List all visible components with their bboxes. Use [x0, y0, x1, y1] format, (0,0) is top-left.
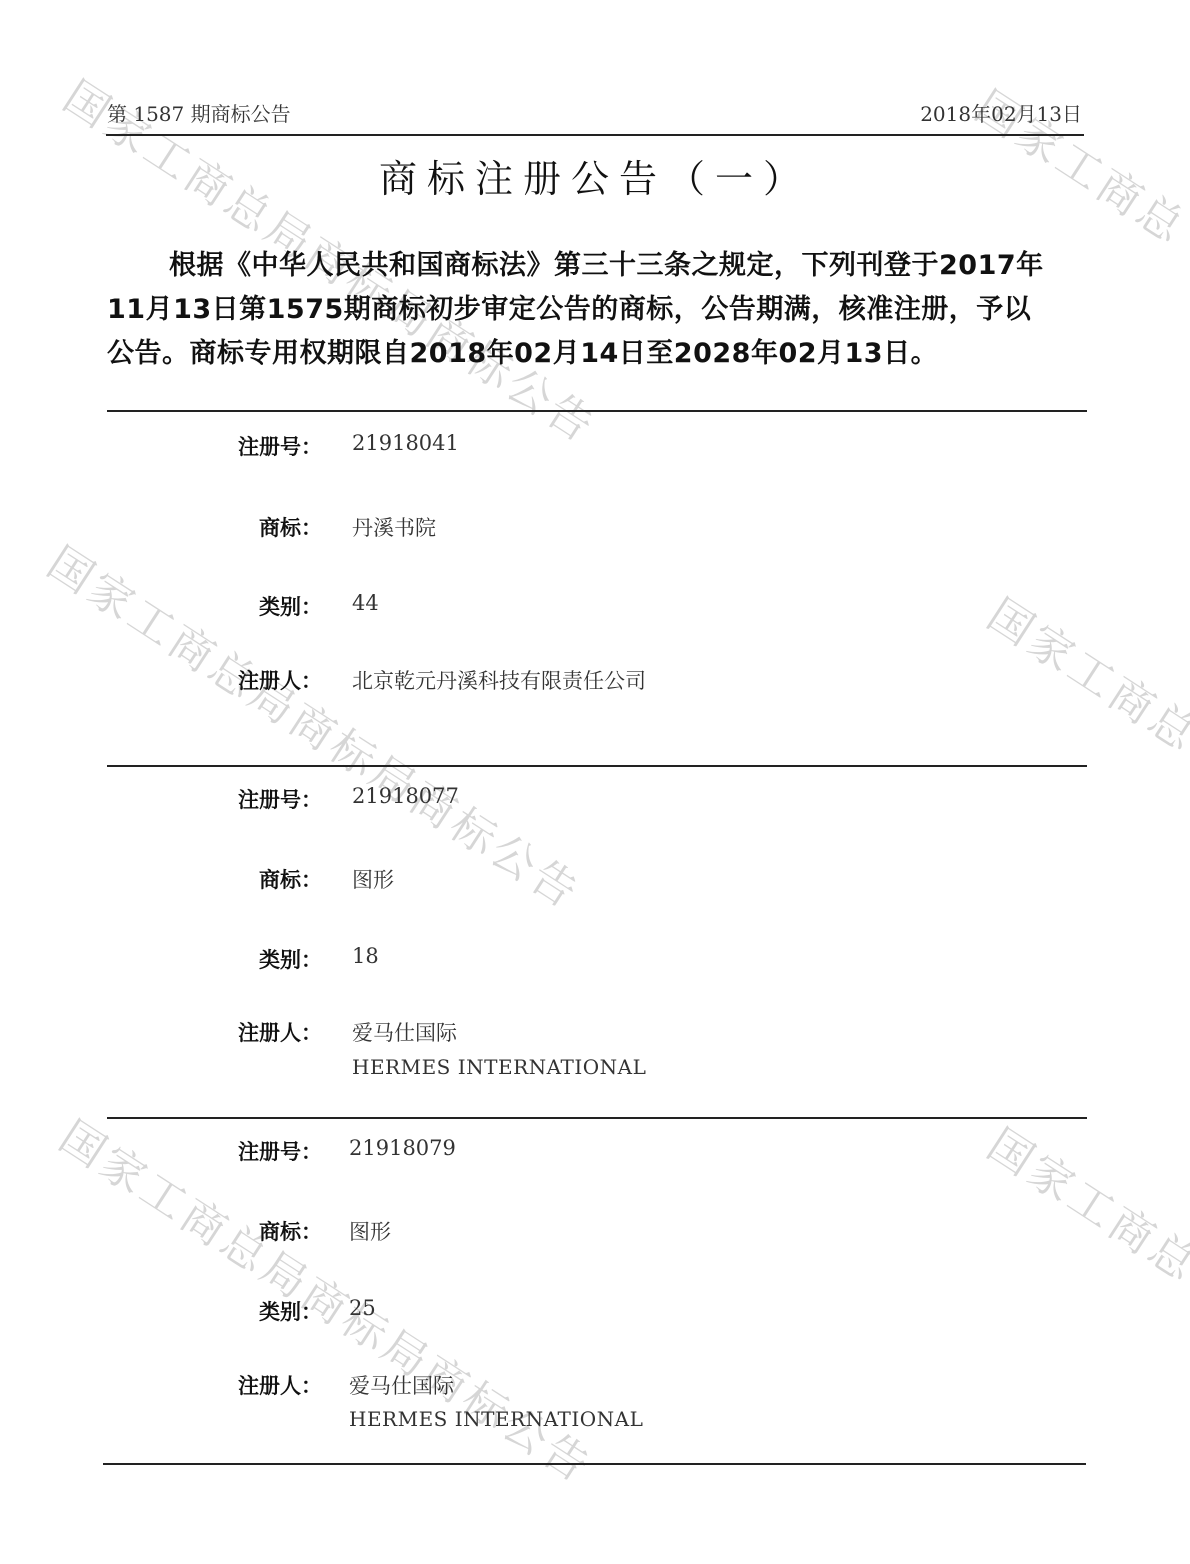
intro-line-2: 11月13日第1575期商标初步审定公告的商标，公告期满，核准注册，予以: [107, 288, 1087, 332]
mark-label: 商标：: [107, 1216, 322, 1246]
record-divider: [107, 765, 1087, 767]
registrant-en-value: HERMES INTERNATIONAL: [352, 1055, 646, 1079]
class-value: 18: [352, 944, 379, 968]
registrant-en-value: HERMES INTERNATIONAL: [349, 1407, 643, 1431]
page-title: 商标注册公告（一）: [0, 148, 1190, 203]
reg-no-value: 21918041: [352, 431, 459, 455]
publication-date: 2018年02月13日: [920, 98, 1082, 127]
watermark: 国家工商总: [977, 1110, 1190, 1294]
bottom-divider: [103, 1463, 1086, 1465]
record-divider: [107, 1117, 1087, 1119]
intro-line-1: 根据《中华人民共和国商标法》第三十三条之规定，下列刊登于2017年: [107, 244, 1087, 288]
issue-number: 第 1587 期商标公告: [107, 98, 291, 127]
registrant-label: 注册人：: [107, 1370, 322, 1400]
watermark: 国家工商总: [977, 580, 1190, 764]
intro-paragraph: 根据《中华人民共和国商标法》第三十三条之规定，下列刊登于2017年 11月13日…: [107, 244, 1087, 376]
class-label: 类别：: [107, 591, 322, 621]
reg-no-label: 注册号：: [107, 784, 322, 814]
reg-no-label: 注册号：: [107, 431, 322, 461]
mark-value: 丹溪书院: [352, 512, 436, 542]
reg-no-value: 21918077: [352, 784, 459, 808]
registrant-cn-value: 爱马仕国际: [349, 1370, 454, 1400]
mark-label: 商标：: [107, 512, 322, 542]
class-label: 类别：: [107, 1296, 322, 1326]
class-label: 类别：: [107, 944, 322, 974]
mark-label: 商标：: [107, 864, 322, 894]
header-divider: [106, 134, 1084, 136]
watermark: 国家工商总局商标局商标公告: [37, 528, 595, 922]
reg-no-label: 注册号：: [107, 1136, 322, 1166]
mark-value: 图形: [349, 1216, 391, 1246]
registrant-cn-value: 爱马仕国际: [352, 1017, 457, 1047]
registrant-label: 注册人：: [107, 665, 322, 695]
record-divider: [107, 410, 1087, 412]
mark-value: 图形: [352, 864, 394, 894]
intro-text: 根据《中华人民共和国商标法》第三十三条之规定，下列刊登于2017年: [169, 250, 1044, 281]
registrant-label: 注册人：: [107, 1017, 322, 1047]
registrant-cn-value: 北京乾元丹溪科技有限责任公司: [352, 665, 646, 695]
class-value: 44: [352, 591, 379, 615]
class-value: 25: [349, 1296, 376, 1320]
intro-line-3: 公告。商标专用权期限自2018年02月14日至2028年02月13日。: [107, 332, 1087, 376]
reg-no-value: 21918079: [349, 1136, 456, 1160]
